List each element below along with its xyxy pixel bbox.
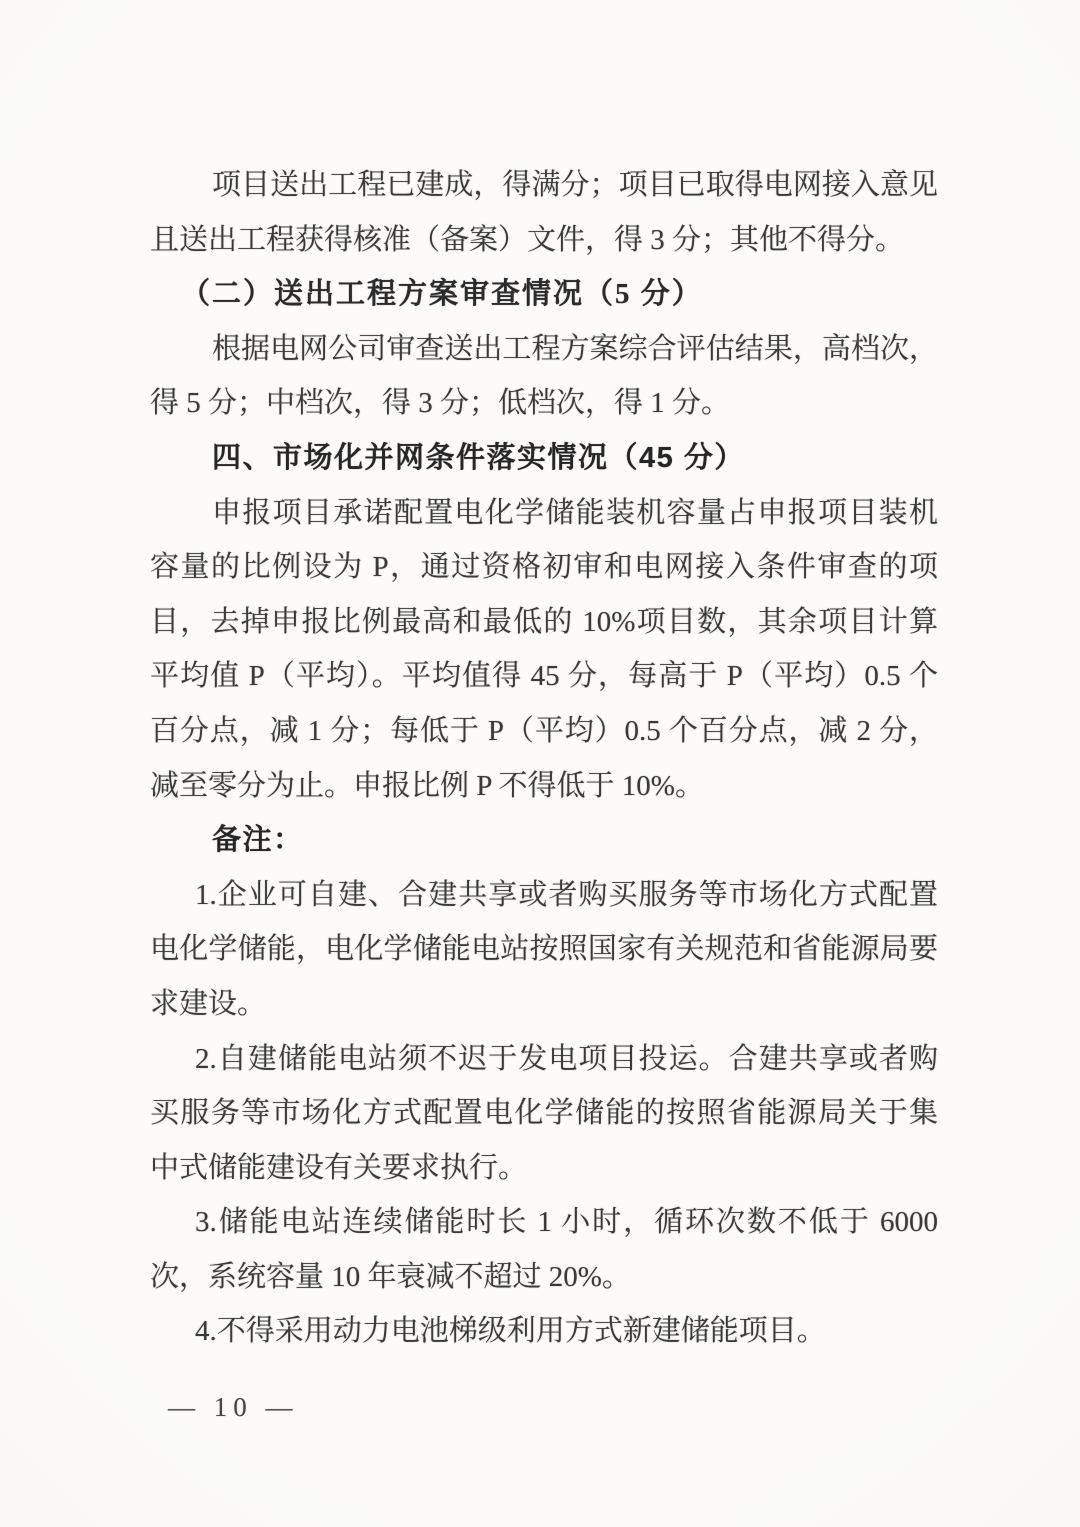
text-line: 平均值 P（平均）。平均值得 45 分，每高于 P（平均）0.5 个	[150, 649, 938, 704]
text-line: 得 5 分；中档次，得 3 分；低档次，得 1 分。	[150, 376, 938, 431]
section-heading-4: 四、市场化并网条件落实情况（45 分）	[150, 431, 938, 486]
text-line: 次，系统容量 10 年衰减不超过 20%。	[150, 1250, 938, 1305]
text-line: 申报项目承诺配置电化学储能装机容量占申报项目装机	[150, 486, 938, 541]
text-line: 减至零分为止。申报比例 P 不得低于 10%。	[150, 759, 938, 814]
text-line: 电化学储能，电化学储能电站按照国家有关规范和省能源局要	[150, 922, 938, 977]
document-text-block: 项目送出工程已建成，得满分；项目已取得电网接入意见 且送出工程获得核准（备案）文…	[150, 158, 938, 1359]
text-line: 百分点，减 1 分；每低于 P（平均）0.5 个百分点，减 2 分，	[150, 704, 938, 759]
note-line-3: 3.储能电站连续储能时长 1 小时，循环次数不低于 6000	[150, 1195, 938, 1250]
text-line: 买服务等市场化方式配置电化学储能的按照省能源局关于集	[150, 1086, 938, 1141]
text-line: 求建设。	[150, 977, 938, 1032]
text-line: 中式储能建设有关要求执行。	[150, 1141, 938, 1196]
note-line-4: 4.不得采用动力电池梯级利用方式新建储能项目。	[150, 1304, 938, 1359]
text-line: 容量的比例设为 P，通过资格初审和电网接入条件审查的项	[150, 540, 938, 595]
text-line: 目，去掉申报比例最高和最低的 10%项目数，其余项目计算	[150, 595, 938, 650]
section-heading-2: （二）送出工程方案审查情况（5 分）	[150, 267, 938, 322]
document-page: 项目送出工程已建成，得满分；项目已取得电网接入意见 且送出工程获得核准（备案）文…	[0, 0, 1080, 1527]
text-line: 且送出工程获得核准（备案）文件，得 3 分；其他不得分。	[150, 213, 938, 268]
page-number: — 10 —	[168, 1392, 299, 1423]
text-line: 项目送出工程已建成，得满分；项目已取得电网接入意见	[150, 158, 938, 213]
note-line-1: 1.企业可自建、合建共享或者购买服务等市场化方式配置	[150, 868, 938, 923]
notes-heading: 备注：	[150, 813, 938, 868]
text-line: 根据电网公司审查送出工程方案综合评估结果，高档次，	[150, 322, 938, 377]
note-line-2: 2.自建储能电站须不迟于发电项目投运。合建共享或者购	[150, 1032, 938, 1087]
